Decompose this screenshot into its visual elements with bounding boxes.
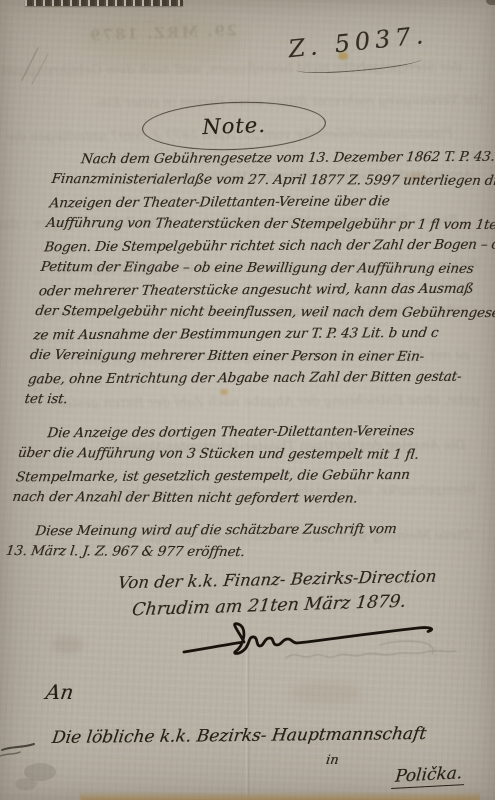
body-line: Anzeigen der Theater-Dilettanten-Vereine… bbox=[48, 190, 495, 215]
address-preposition: in bbox=[325, 753, 340, 768]
body-line: Finanzministerialerlaße vom 27. April 18… bbox=[50, 168, 495, 192]
body-line: Die Anzeige des dortigen Theater-Diletta… bbox=[46, 420, 473, 445]
address-recipient: Die löbliche k.k. Bezirks- Hauptmannscha… bbox=[51, 724, 428, 748]
body-line: tet ist. bbox=[23, 388, 476, 412]
body-line: Bogen. Die Stempelgebühr richtet sich na… bbox=[43, 234, 495, 259]
body-line: über die Aufführung von 3 Stücken und ge… bbox=[17, 442, 470, 466]
body-line: oder mehrerer Theaterstücke angesucht wi… bbox=[38, 278, 491, 303]
body-line: gabe, ohne Entrichtung der Abgabe nach Z… bbox=[27, 366, 480, 391]
paper-stain bbox=[290, 682, 360, 704]
note-heading-oval: Note. bbox=[141, 99, 327, 153]
body-line: 13. März l. J. Z. 967 & 977 eröffnet. bbox=[5, 540, 458, 564]
address-salutation: An bbox=[44, 680, 75, 704]
paragraph-1: Nach dem Gebührengesetze vom 13. Dezembe… bbox=[23, 147, 495, 411]
body-line: nach der Anzahl der Bitten nicht geforde… bbox=[11, 486, 464, 510]
paragraph-2: Die Anzeige des dortigen Theater-Diletta… bbox=[11, 421, 472, 509]
paper-stain bbox=[52, 636, 84, 654]
page-bottom-edge bbox=[80, 791, 480, 800]
closing-issuer: Von der k.k. Finanz- Bezirks-Direction bbox=[117, 567, 438, 593]
ink-smudges bbox=[0, 740, 78, 798]
body-line: Petitum der Eingabe – ob eine Bewilligun… bbox=[39, 256, 492, 280]
date-stamp-ghost: · — · — · 29. MRZ. 1879 · · · · · · · · … bbox=[85, 13, 241, 68]
note-heading: Note. bbox=[202, 113, 266, 139]
body-line: Stempelmarke, ist gesetzlich gestempelt,… bbox=[15, 464, 468, 489]
cropped-print-edge bbox=[25, 0, 183, 6]
pencil-margin-marks bbox=[18, 44, 54, 86]
paragraph-3: Diese Meinung wird auf die schätzbare Zu… bbox=[4, 519, 459, 563]
body-line: Diese Meinung wird auf die schätzbare Zu… bbox=[34, 518, 461, 543]
body-line: ze mit Ausnahme der Bestimmungen zur T. … bbox=[32, 322, 485, 347]
manuscript-page: der Stempelgebühr nicht beeinflussen, we… bbox=[0, 0, 495, 800]
letter-body: Nach dem Gebührengesetze vom 13. Dezembe… bbox=[4, 147, 495, 563]
body-line: die Vereinigung mehrerer Bitten einer Pe… bbox=[29, 344, 482, 368]
body-line: der Stempelgebühr nicht beeinflussen, we… bbox=[34, 300, 487, 324]
page-corner-shadow bbox=[486, 0, 495, 5]
pencil-annotation-ghost bbox=[282, 638, 462, 668]
fold-crease-lower bbox=[246, 648, 249, 800]
body-line: Nach dem Gebührengesetze vom 13. Dezembe… bbox=[80, 146, 495, 171]
address-place: Polička. bbox=[391, 763, 466, 789]
body-line: Aufführung von Theaterstücken der Stempe… bbox=[45, 212, 495, 236]
